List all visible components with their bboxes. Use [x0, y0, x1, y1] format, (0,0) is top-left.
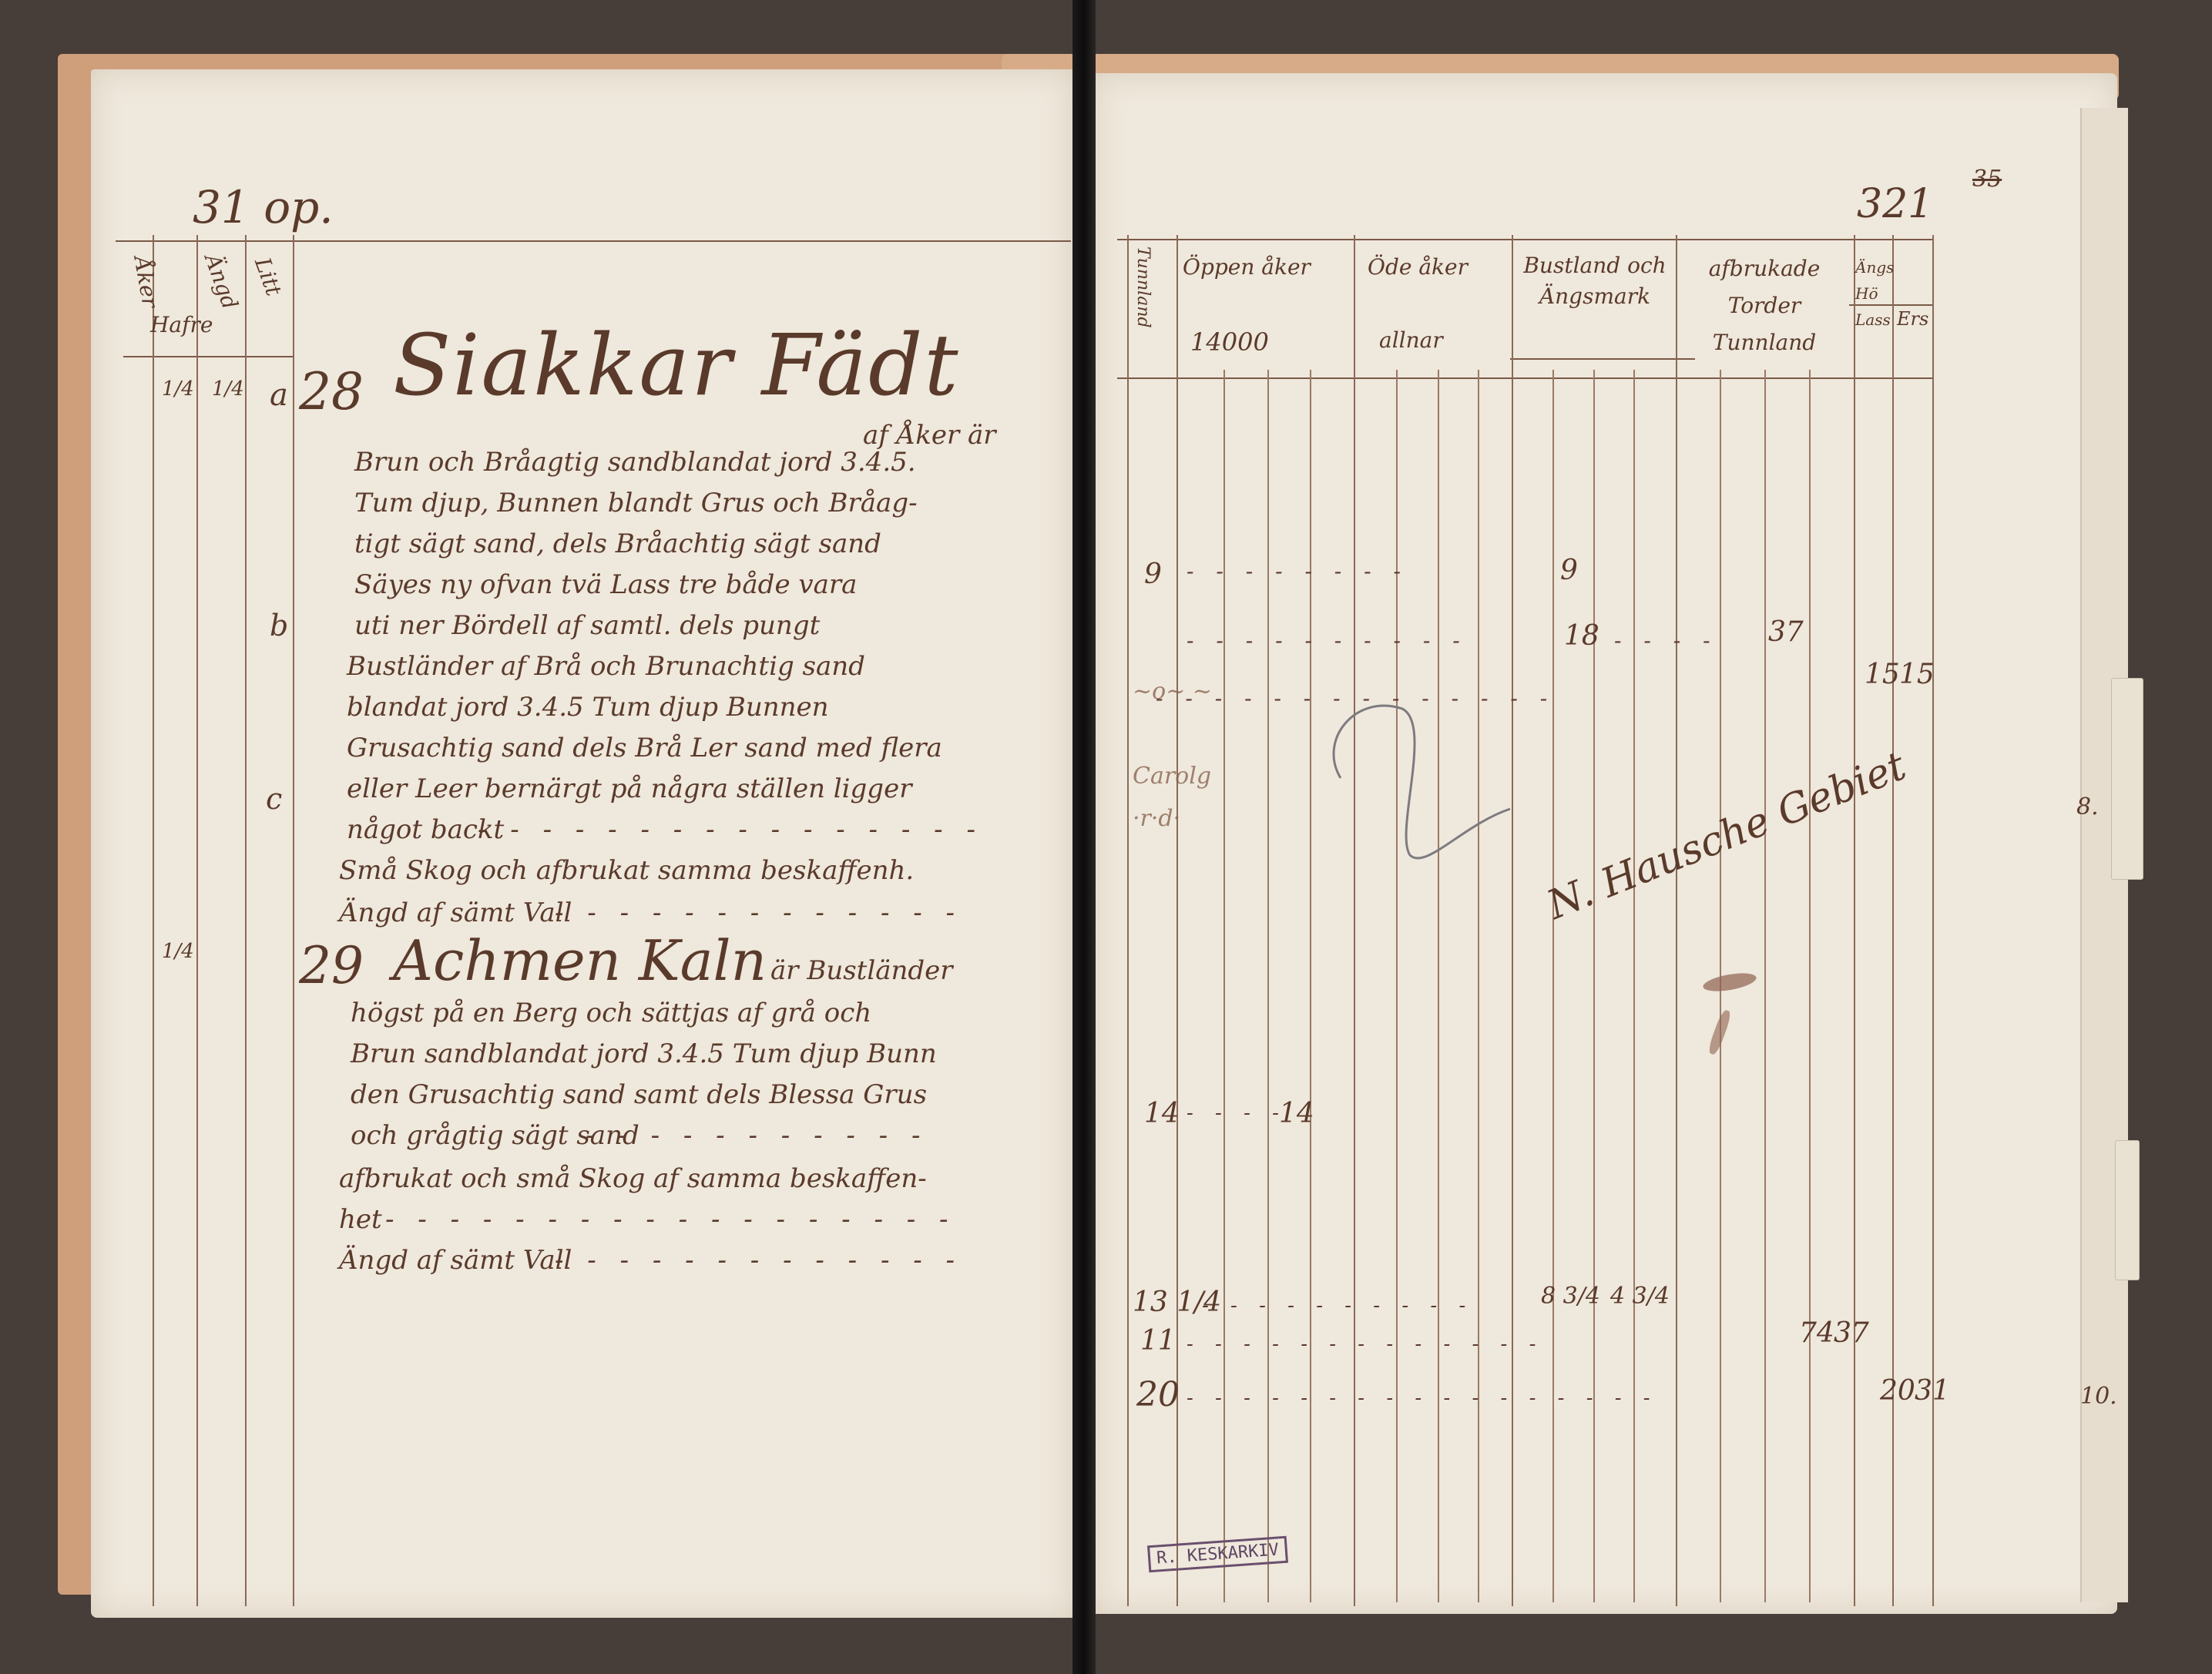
header-col-hafre: Hafre	[150, 312, 213, 337]
row-9-value: 9	[1560, 555, 1578, 586]
subcolumn-rule	[1633, 370, 1635, 1602]
subitem-letter-a: a	[270, 377, 288, 413]
entry-line: Bustländer af Brå och Brunachtig sand	[347, 651, 865, 682]
row-74-value: 74	[1799, 1317, 1834, 1349]
subcolumn-rule	[1267, 370, 1269, 1602]
entry-line: eller Leer bernärgt på några ställen lig…	[347, 773, 911, 804]
entry-title-29: Achmen Kaln	[393, 928, 767, 993]
row-20-value: 20	[1880, 1375, 1915, 1407]
row-37-value: 37	[1768, 616, 1804, 648]
dash-filler: - - - - - - - - - -	[1202, 1294, 1473, 1317]
dash-filler: - - - - - - - - - - - - -	[555, 1245, 962, 1276]
header-tunnland: Tunnland	[1133, 247, 1153, 328]
dash-filler: - - - - - - - - - - - - - - - - -	[1187, 1387, 1658, 1410]
bleed-through-ink: ·r·d·	[1133, 805, 1180, 832]
dash-filler: - - - - - - - - - - -	[586, 1120, 928, 1151]
header-oppen-aker: Öppen åker	[1183, 254, 1311, 280]
subcolumn-rule	[1764, 370, 1766, 1602]
fraction-aker-28: 1/4	[162, 377, 194, 401]
pencil-scribble-2	[1310, 693, 1556, 878]
subcolumn-rule	[1223, 370, 1225, 1602]
header-top-rule	[1117, 239, 1934, 240]
header-bottom-rule	[1117, 377, 1934, 379]
header-ode-aker: Öde åker	[1368, 254, 1468, 280]
column-rule	[1127, 235, 1129, 1606]
subcolumn-rule	[1438, 370, 1439, 1602]
entry-line: tigt sägt sand, dels Bråachtig sägt sand	[354, 528, 881, 559]
dash-filler: - - - -	[1187, 1102, 1287, 1125]
dash-filler: - - - - - - - - - -	[1187, 628, 1468, 653]
dash-filler: - - - - - - - - - - - - - - - -	[478, 814, 983, 845]
entry-line: Säyes ny ofvan tvä Lass tre både vara	[354, 569, 857, 600]
row-8-3-4-value: 8 3/4	[1541, 1283, 1600, 1310]
header-oppen-aker-value: 14000	[1190, 327, 1269, 357]
column-rule	[245, 235, 247, 1606]
torn-tab	[2111, 678, 2143, 880]
entry-line: afbrukat och små Skog af samma beskaffen…	[339, 1163, 927, 1194]
row-20-first: 20	[1136, 1375, 1180, 1414]
subitem-letter-b: b	[270, 609, 288, 642]
entry-line: högst på en Berg och sättjas af grå och	[351, 998, 871, 1028]
header-top-rule	[116, 240, 1071, 242]
folio-number-struck: 35	[1972, 166, 2002, 193]
entry-line: Ängd af sämt Vall	[339, 897, 572, 928]
entry-line: är Bustländer	[770, 955, 953, 986]
entry-line: Tum djup, Bunnen blandt Grus och Bråag-	[354, 488, 918, 518]
entry-line: Brun sandblandat jord 3.4.5 Tum djup Bun…	[351, 1038, 937, 1069]
fraction-aker-29: 1/4	[162, 940, 194, 963]
bleed-through-ink: Carolg	[1133, 763, 1211, 790]
torn-tab	[2115, 1140, 2140, 1280]
subcolumn-rule	[1396, 370, 1398, 1602]
column-rule	[293, 235, 294, 1606]
subcolumn-rule	[1593, 370, 1595, 1602]
entry-line: uti ner Bördell af samtl. dels pungt	[354, 610, 820, 641]
dash-filler: - - - - - - - - - - - - - - - - - -	[385, 1204, 956, 1235]
edge-mark-8: 8.	[2076, 793, 2099, 820]
header-bottom-rule	[123, 356, 293, 357]
header-ode-aker-value: allnar	[1379, 327, 1443, 353]
entry-line: af Åker är	[863, 420, 996, 451]
folio-number-right: 321	[1857, 181, 1933, 227]
column-rule	[153, 235, 154, 1606]
book-spine	[1072, 0, 1096, 1674]
subitem-letter-c: c	[266, 782, 282, 816]
row-18-value: 18	[1564, 620, 1599, 652]
dash-filler: - - - - - - - -	[1187, 559, 1408, 584]
folio-number-left: 31 op.	[193, 181, 334, 233]
column-rule	[1854, 235, 1855, 1606]
entry-line: den Grusachtig sand samt dels Blessa Gru…	[351, 1079, 927, 1110]
row-31-value: 31	[1915, 1375, 1950, 1407]
row-15b-value: 15	[1899, 659, 1935, 690]
header-afbrukade: afbrukade Torder Tunnland	[1680, 250, 1849, 361]
subcolumn-rule	[1809, 370, 1811, 1602]
entry-line: Små Skog och afbrukat samma beskaffenh.	[339, 855, 914, 886]
header-angs-ho: Ängs Hö Lass	[1855, 254, 1892, 333]
row-11-first: 11	[1140, 1325, 1176, 1357]
row-9-first: 9	[1144, 559, 1162, 590]
header-sub-rule	[1510, 358, 1695, 360]
edge-mark-10: 10.	[2080, 1383, 2117, 1410]
column-rule	[196, 235, 198, 1606]
row-37b-value: 37	[1834, 1317, 1869, 1349]
row-15a-value: 15	[1865, 659, 1900, 690]
entry-number-29: 29	[299, 936, 364, 995]
subcolumn-rule	[1552, 370, 1554, 1602]
entry-line: het	[339, 1204, 382, 1235]
bleed-through-ink: ~o~ ~	[1133, 678, 1212, 705]
entry-line: Grusachtig sand dels Brå Ler sand med fl…	[347, 733, 942, 763]
subcolumn-rule	[1478, 370, 1479, 1602]
fraction-ang-28: 1/4	[212, 377, 244, 401]
subcolumn-rule	[1310, 370, 1311, 1602]
dash-filler: - - - - - - - - - - - - -	[555, 897, 962, 928]
row-14-first: 14	[1144, 1098, 1180, 1129]
entry-number-28: 28	[299, 362, 364, 421]
header-bustland: Bustland och Ängsmark	[1518, 250, 1672, 312]
entry-title-28: Siakkar Fädt	[393, 316, 960, 414]
row-14-value: 14	[1279, 1098, 1314, 1129]
entry-line: Ängd af sämt Vall	[339, 1245, 572, 1276]
row-4-3-4-value: 4 3/4	[1610, 1283, 1670, 1310]
entry-line: Brun och Bråagtig sandblandat jord 3.4.5…	[354, 447, 916, 478]
entry-line: blandat jord 3.4.5 Tum djup Bunnen	[347, 692, 829, 723]
header-ers: Ers	[1897, 308, 1928, 330]
column-rule	[1676, 235, 1677, 1606]
dash-filler: - - - - - - - - - - - - -	[1187, 1333, 1543, 1356]
dash-filler: - - - -	[1614, 628, 1718, 653]
